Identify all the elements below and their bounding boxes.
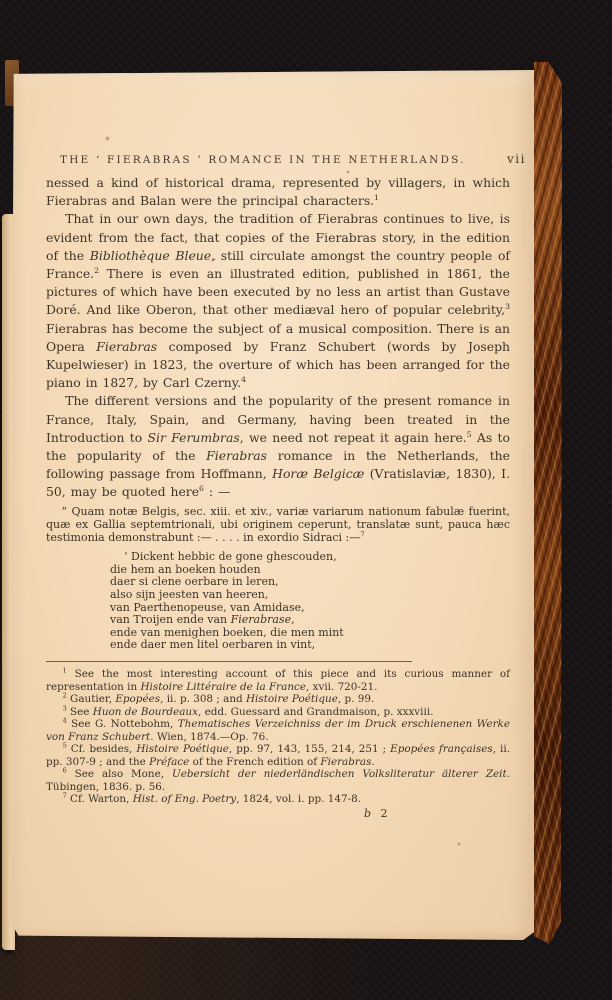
running-title: THE ‘ FIERABRAS ’ ROMANCE IN THE NETHERL… [60, 154, 466, 166]
photograph-of-book: { "colors": { "background": "#161112", "… [0, 0, 612, 1000]
footnote: 7 Cf. Warton, Hist. of Eng. Poetry, 1824… [46, 793, 510, 806]
page-speck [457, 842, 461, 846]
latin-quotation: “ Quam notæ Belgis, sec. xiii. et xiv., … [46, 505, 510, 545]
body-paragraph-continuation: nessed a kind of historical drama, repre… [46, 174, 510, 210]
footnote: 2 Gautier, Epopées, ii. p. 308 ; and His… [46, 693, 510, 706]
marbled-cover-edge [534, 62, 562, 944]
page-speck [346, 170, 350, 174]
body-text-column: nessed a kind of historical drama, repre… [46, 174, 510, 652]
footnote: 5 Cf. besides, Histoire Poétique, pp. 97… [46, 743, 510, 768]
page-header: THE ‘ FIERABRAS ’ ROMANCE IN THE NETHERL… [60, 152, 526, 166]
footnote: 3 See Huon de Bourdeaux, edd. Guessard a… [46, 706, 510, 719]
footnote: 4 See G. Nottebohm, Thematisches Verzeic… [46, 718, 510, 743]
page-speck [213, 258, 216, 261]
footnote-separator-rule [46, 661, 412, 662]
page-number: vii [507, 152, 526, 166]
body-paragraph: That in our own days, the tradition of F… [46, 210, 510, 392]
footnote: 1 See the most interesting account of th… [46, 668, 510, 693]
page-speck [105, 136, 110, 141]
book-page: THE ‘ FIERABRAS ’ ROMANCE IN THE NETHERL… [10, 70, 538, 940]
body-paragraph: The different versions and the popularit… [46, 392, 510, 501]
footnotes-block: 1 See the most interesting account of th… [46, 668, 510, 806]
signature-mark: b 2 [364, 807, 538, 820]
footnote: 6 See also Mone, Uebersicht der niederlä… [46, 768, 510, 793]
middle-dutch-verse: ‘ Dickent hebbic de gone ghescouden,die … [110, 551, 510, 652]
